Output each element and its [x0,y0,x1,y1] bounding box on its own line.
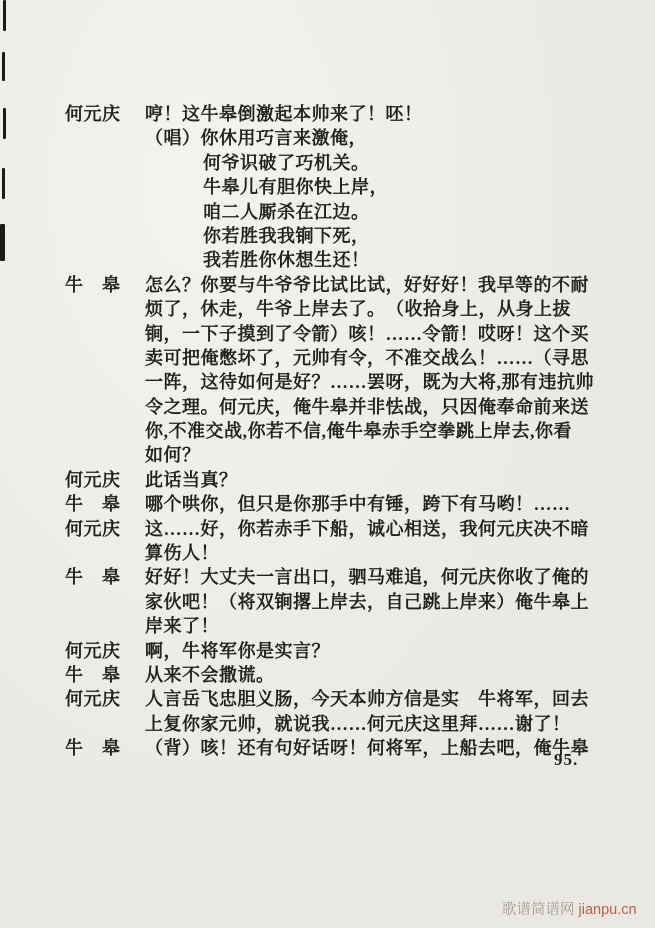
speaker-name: 何元庆 [0,468,145,492]
line-text: 你若胜我我锏下死， [145,224,655,248]
speaker-name [0,200,145,224]
scan-artifact-bar [2,52,5,81]
script-line: 烦了，休走，牛爷上岸去了。 （收拾身上，从身上拔 [0,297,655,321]
speaker-name: 牛 皋 [0,492,145,516]
speaker-name [0,297,145,321]
script-line: 何元庆哼！这牛皋倒激起本帅来了！呸！ [0,102,655,126]
line-text: 卖可把俺憋坏了，元帅有令，不准交战么！……（寻思 [145,346,655,370]
watermark: 歌谱简谱网 jianpu.cn [502,898,637,919]
script-line: 何元庆此话当真？ [0,468,655,492]
script-line: 一阵，这待如何是好？……罢呀，既为大将,那有违抗帅 [0,370,655,394]
script-line: 牛 皋从来不会撒谎。 [0,663,655,687]
speaker-name: 何元庆 [0,639,145,663]
speaker-name [0,443,145,467]
speaker-name [0,346,145,370]
watermark-site-url: jianpu.cn [579,902,637,918]
script-line: （唱）你休用巧言来激俺， [0,126,655,150]
speaker-name: 何元庆 [0,102,145,126]
watermark-site-name: 歌谱简谱网 [502,902,575,918]
line-text: 这……好，你若赤手下船，诚心相送，我何元庆决不暗 [145,517,655,541]
line-text: 算伤人！ [145,541,655,565]
script-lines: 何元庆哼！这牛皋倒激起本帅来了！呸！（唱）你休用巧言来激俺，何爷识破了巧机关。牛… [0,102,655,761]
script-line: 咱二人厮杀在江边。 [0,200,655,224]
speaker-name [0,175,145,199]
speaker-name [0,712,145,736]
scan-artifact-bar [3,0,6,31]
script-line: 上复你家元帅，就说我……何元庆这里拜……谢了！ [0,712,655,736]
speaker-name [0,151,145,175]
script-line: 你若胜我我锏下死， [0,224,655,248]
line-text: 烦了，休走，牛爷上岸去了。 （收拾身上，从身上拔 [145,297,655,321]
line-text: （唱）你休用巧言来激俺， [145,126,655,150]
scanned-book-page: 何元庆哼！这牛皋倒激起本帅来了！呸！（唱）你休用巧言来激俺，何爷识破了巧机关。牛… [0,0,655,928]
line-text: 从来不会撒谎。 [145,663,655,687]
line-text: 好好！大丈夫一言出口，驷马难追，何元庆你收了俺的 [145,565,655,589]
speaker-name: 何元庆 [0,517,145,541]
line-text: 何爷识破了巧机关。 [145,151,655,175]
line-text: 岸来了！ [145,614,655,638]
script-line: 牛 皋怎么？你要与牛爷爷比试比试，好好好！我早等的不耐 [0,273,655,297]
script-line: 卖可把俺憋坏了，元帅有令，不准交战么！……（寻思 [0,346,655,370]
script-line: 何元庆啊，牛将军你是实言？ [0,639,655,663]
line-text: 你,不准交战,你若不信,俺牛皋赤手空拳跳上岸去,你看 [145,419,655,443]
script-line: 牛皋儿有胆你快上岸， [0,175,655,199]
script-line: 牛 皋哪个哄你，但只是你那手中有锤，跨下有马哟！…… [0,492,655,516]
speaker-name [0,541,145,565]
script-line: 家伙吧！（将双锏撂上岸去，自己跳上岸来）俺牛皋上 [0,590,655,614]
speaker-name: 牛 皋 [0,663,145,687]
script-line: 岸来了！ [0,614,655,638]
line-text: 牛皋儿有胆你快上岸， [145,175,655,199]
speaker-name [0,248,145,272]
line-text: （背）咳！还有句好话呀！何将军，上船去吧，俺牛皋 [145,736,655,760]
line-text: 哪个哄你，但只是你那手中有锤，跨下有马哟！…… [145,492,655,516]
line-text: 锏，一下子摸到了令箭）咳！……令箭！哎呀！这个买 [145,322,655,346]
line-text: 哼！这牛皋倒激起本帅来了！呸！ [145,102,655,126]
line-text: 此话当真？ [145,468,655,492]
line-text: 令之理。何元庆，俺牛皋并非怯战，只因俺奉命前来送 [145,395,655,419]
speaker-name [0,395,145,419]
script-line: 你,不准交战,你若不信,俺牛皋赤手空拳跳上岸去,你看 [0,419,655,443]
speaker-name [0,419,145,443]
script-line: 锏，一下子摸到了令箭）咳！……令箭！哎呀！这个买 [0,322,655,346]
speaker-name [0,370,145,394]
line-text: 上复你家元帅，就说我……何元庆这里拜……谢了！ [145,712,655,736]
page-number: 95. [554,750,578,770]
speaker-name: 牛 皋 [0,565,145,589]
line-text: 咱二人厮杀在江边。 [145,200,655,224]
script-line: 何元庆这……好，你若赤手下船，诚心相送，我何元庆决不暗 [0,517,655,541]
speaker-name: 何元庆 [0,687,145,711]
script-line: 牛 皋好好！大丈夫一言出口，驷马难追，何元庆你收了俺的 [0,565,655,589]
script-line: 我若胜你休想生还！ [0,248,655,272]
line-text: 怎么？你要与牛爷爷比试比试，好好好！我早等的不耐 [145,273,655,297]
line-text: 我若胜你休想生还！ [145,248,655,272]
line-text: 人言岳飞忠胆义肠，今天本帅方信是实 牛将军，回去 [145,687,655,711]
speaker-name: 牛 皋 [0,736,145,760]
line-text: 家伙吧！（将双锏撂上岸去，自己跳上岸来）俺牛皋上 [145,590,655,614]
script-line: 何爷识破了巧机关。 [0,151,655,175]
script-line: 令之理。何元庆，俺牛皋并非怯战，只因俺奉命前来送 [0,395,655,419]
speaker-name [0,126,145,150]
script-line: 算伤人！ [0,541,655,565]
speaker-name [0,590,145,614]
speaker-name [0,322,145,346]
script-line: 如何？ [0,443,655,467]
speaker-name [0,614,145,638]
line-text: 啊，牛将军你是实言？ [145,639,655,663]
speaker-name: 牛 皋 [0,273,145,297]
script-line: 何元庆人言岳飞忠胆义肠，今天本帅方信是实 牛将军，回去 [0,687,655,711]
line-text: 一阵，这待如何是好？……罢呀，既为大将,那有违抗帅 [145,370,655,394]
speaker-name [0,224,145,248]
line-text: 如何？ [145,443,655,467]
